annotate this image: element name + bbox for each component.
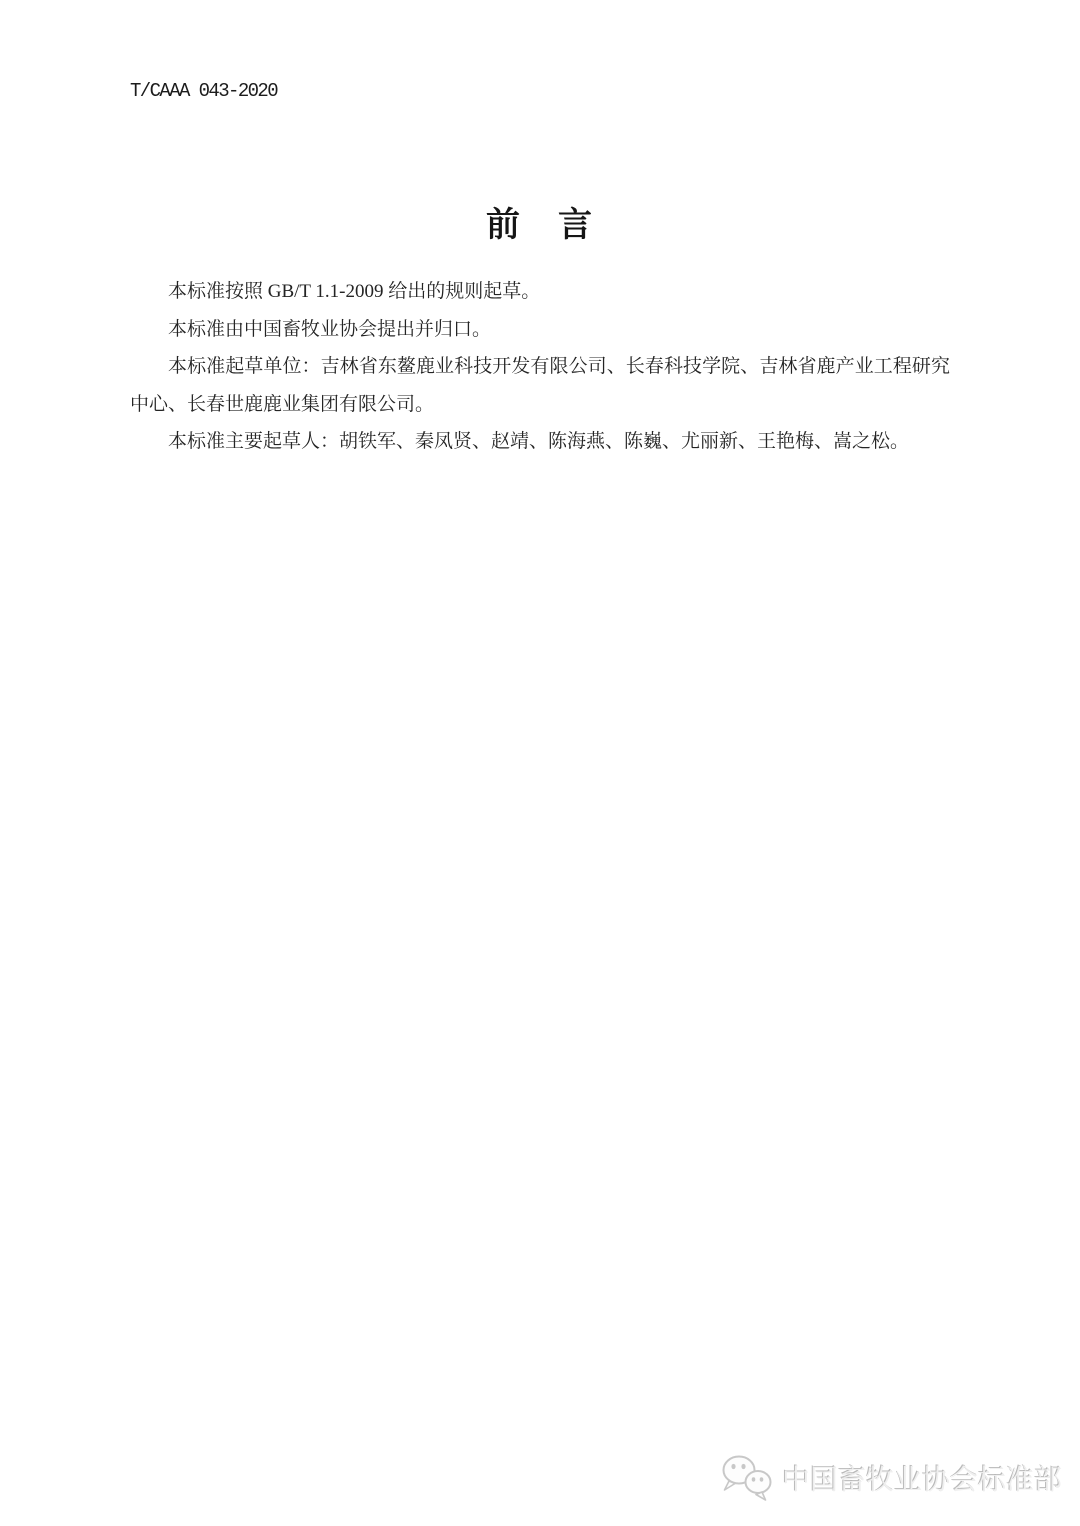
paragraph-basis: 本标准按照 GB/T 1.1-2009 给出的规则起草。 (130, 273, 950, 311)
foreword-body: 本标准按照 GB/T 1.1-2009 给出的规则起草。 本标准由中国畜牧业协会… (130, 273, 950, 461)
standard-number: T/CAAA 043-2020 (130, 80, 277, 102)
paragraph-proposer: 本标准由中国畜牧业协会提出并归口。 (130, 311, 950, 349)
paragraph-drafters: 本标准主要起草人：胡铁军、秦凤贤、赵靖、陈海燕、陈巍、尤丽新、王艳梅、嵩之松。 (130, 423, 950, 461)
document-page: T/CAAA 043-2020 前 言 本标准按照 GB/T 1.1-2009 … (0, 0, 1080, 1526)
watermark: 中国畜牧业协会标准部 (718, 1452, 1062, 1504)
page-title: 前 言 (0, 197, 1080, 246)
watermark-label: 中国畜牧业协会标准部 (782, 1458, 1062, 1498)
paragraph-drafting-organizations: 本标准起草单位：吉林省东鳌鹿业科技开发有限公司、长春科技学院、吉林省鹿产业工程研… (130, 348, 950, 423)
wechat-icon (718, 1452, 776, 1504)
